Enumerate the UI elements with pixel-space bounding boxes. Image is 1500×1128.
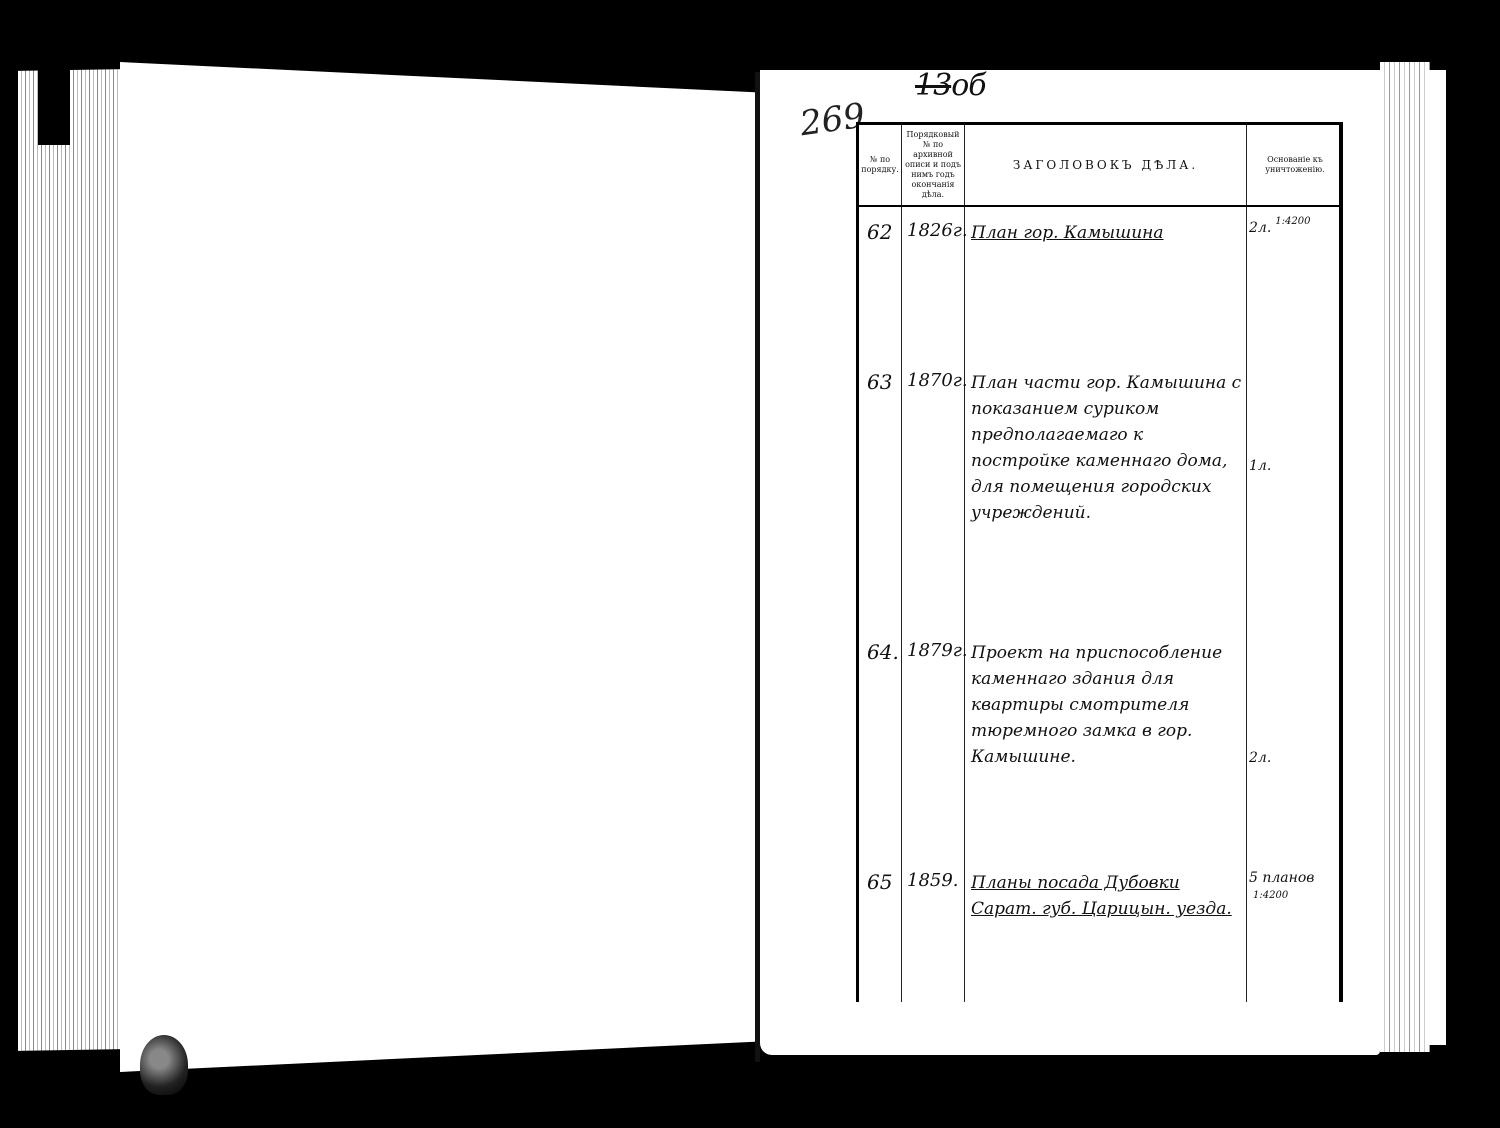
row-title: План гор. Камышина	[971, 220, 1246, 246]
row-title: Проект на приспособление каменнаго здани…	[971, 640, 1246, 770]
register-table: № по порядку. Порядковый № по архивной о…	[856, 122, 1343, 1002]
left-page-edges	[18, 69, 123, 1051]
basis-text: 2л.	[1249, 220, 1271, 236]
row-basis: 1л.	[1249, 458, 1271, 474]
column-divider	[1246, 125, 1247, 1002]
row-basis: 2л.1:4200	[1249, 220, 1310, 236]
row-number: 64.	[867, 640, 899, 664]
row-title: План части гор. Камышина с показанием су…	[971, 370, 1246, 526]
right-page-edges-outer	[1428, 70, 1446, 1045]
row-number: 65	[867, 870, 892, 894]
folio-struck: 13	[915, 68, 951, 103]
row-year: 1870г.	[907, 370, 968, 391]
header-case-title: ЗАГОЛОВОКЪ ДѢЛА.	[965, 125, 1246, 205]
column-divider	[964, 125, 965, 1002]
folio-suffix: об	[951, 68, 985, 103]
row-year: 1879г.	[907, 640, 968, 661]
table-header: № по порядку. Порядковый № по архивной о…	[859, 125, 1339, 207]
column-divider	[901, 125, 902, 1002]
thumb-holding-book	[140, 1035, 188, 1095]
folio-mark: 13об	[915, 68, 986, 103]
book-tab	[38, 70, 70, 145]
row-year: 1859.	[907, 870, 959, 891]
header-seq-no: № по порядку.	[859, 125, 901, 205]
header-destruction-basis: Основаніе къ уничтоженію.	[1247, 125, 1343, 205]
basis-text: 5 планов	[1249, 870, 1314, 886]
scale-text: 1:4200	[1275, 216, 1310, 227]
row-basis: 2л.	[1249, 750, 1271, 766]
row-number: 62	[867, 220, 892, 244]
right-page-edges	[1380, 62, 1430, 1052]
row-year: 1826г.	[907, 220, 968, 241]
row-number: 63	[867, 370, 892, 394]
book-gutter	[755, 72, 760, 1062]
row-title: Планы посада Дубовки Сарат. губ. Царицын…	[971, 870, 1246, 922]
row-basis: 5 планов1:4200	[1249, 870, 1314, 902]
left-page-blank	[120, 62, 755, 1072]
header-archive-no: Порядковый № по архивной описи и подъ ни…	[902, 125, 964, 205]
scale-text: 1:4200	[1253, 890, 1288, 901]
